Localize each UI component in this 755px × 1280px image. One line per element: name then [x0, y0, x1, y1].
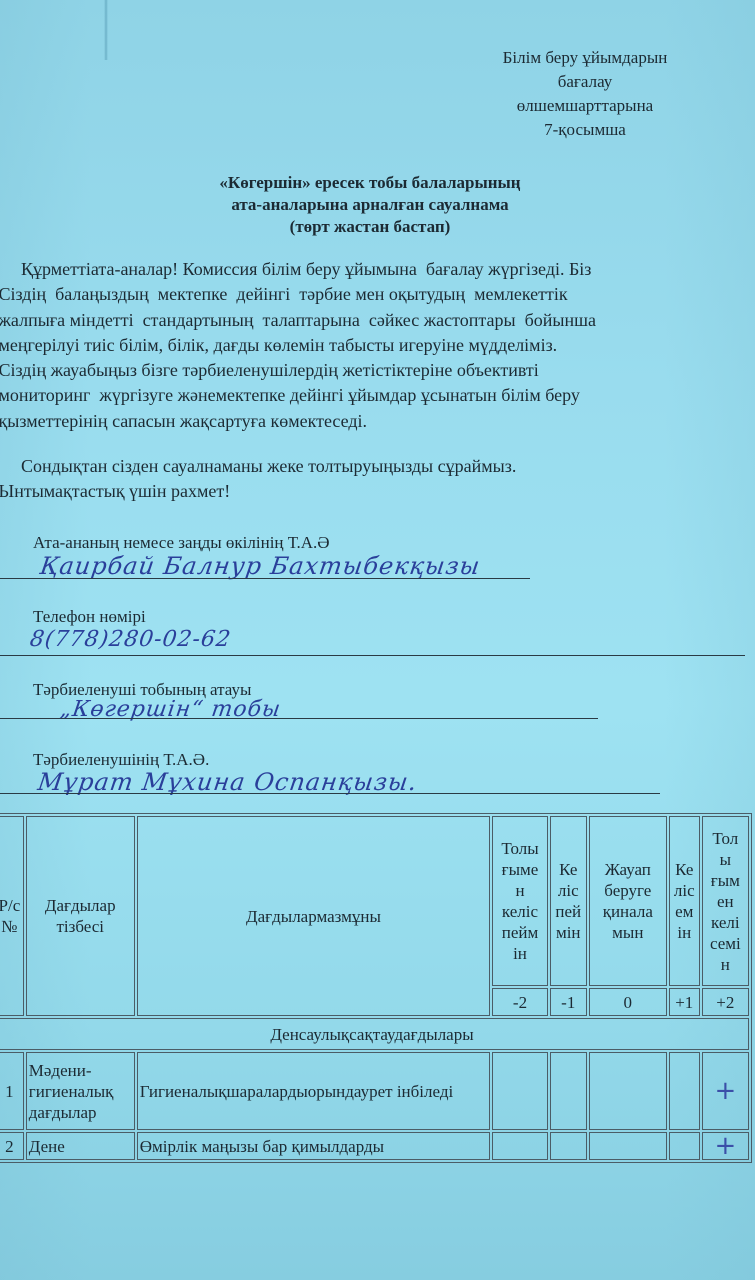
score-plus-1: +1 — [669, 988, 700, 1016]
header-disagree: Ке ліс пей мін — [550, 816, 587, 986]
text-line: мониторинг жүргізуге жәнемектепке дейінг… — [0, 383, 754, 408]
score-0: 0 — [589, 988, 667, 1016]
scale-label-line: н — [515, 881, 524, 900]
answer-cell-minus-2[interactable] — [492, 1052, 548, 1130]
header-agree: Ке ліс ем ін — [669, 816, 700, 986]
scale-label-line: Ке — [559, 860, 577, 879]
annex-reference: Білім беру ұйымдарын бағалау өлшемшартта… — [470, 46, 700, 142]
answer-cell-minus-2[interactable] — [492, 1132, 548, 1160]
scale-label-line: Тол — [712, 829, 738, 848]
title-line: «Көгершін» ересек тобы балаларының — [120, 172, 620, 194]
row-number: 1 — [0, 1052, 24, 1130]
group-name-underline — [0, 718, 598, 719]
answer-cell-0[interactable] — [589, 1132, 667, 1160]
row-number: 2 — [0, 1132, 24, 1160]
answer-cell-plus-2[interactable]: + — [702, 1052, 749, 1130]
scale-label-line: мін — [556, 923, 581, 942]
scale-label-line: ем — [675, 902, 693, 921]
section-row: Денсаулықсақтаудағдылары — [0, 1018, 749, 1050]
annex-line: 7-қосымша — [470, 118, 700, 142]
text-line: Сіздің балаңыздың мектепке дейінгі тәрби… — [0, 282, 754, 307]
score-minus-1: -1 — [550, 988, 587, 1016]
scale-label-line: қинала — [603, 902, 653, 921]
parent-name-underline — [0, 578, 530, 579]
header-skills-content: Дағдылармазмұны — [137, 816, 491, 1016]
scale-label-line: пей — [555, 902, 581, 921]
text-line: меңгерілуі тиіс білім, білік, дағды көле… — [0, 333, 754, 358]
assessment-table: Р/с № Дағдылар тізбесі Дағдылармазмұны Т… — [0, 813, 752, 1163]
header-skills-list: Дағдылар тізбесі — [26, 816, 135, 1016]
scale-label-line: келіс — [502, 902, 538, 921]
parent-name-label: Ата-ананың немесе заңды өкілінің Т.А.Ә — [33, 533, 330, 553]
scale-label-line: ғым — [711, 871, 740, 890]
document-title: «Көгершін» ересек тобы балаларының ата-а… — [120, 172, 620, 238]
scale-label-line: Жауап — [605, 860, 651, 879]
text-line: Құрметтіата-аналар! Комиссия білім беру … — [0, 257, 754, 282]
title-line: ата-аналарына арналған сауалнама — [120, 194, 620, 216]
header-number: Р/с № — [0, 816, 24, 1016]
parent-name-field[interactable]: Қаирбай Балнур Бахтыбекқызы — [38, 552, 482, 580]
annex-line: өлшемшарттарына — [470, 94, 700, 118]
score-plus-2: +2 — [702, 988, 749, 1016]
header-strongly-agree: Тол ы ғым ен келі семі н — [702, 816, 749, 986]
phone-label: Телефон нөмірі — [33, 607, 146, 627]
row-content: Өмірлік маңызы бар қимылдарды — [137, 1132, 491, 1160]
scale-label-line: н — [721, 955, 730, 974]
phone-underline — [0, 655, 745, 656]
scale-label-line: мын — [612, 923, 643, 942]
scale-label-line: келі — [711, 913, 740, 932]
table-row: 1 Мәдени-гигиеналық дағдылар Гигиеналықш… — [0, 1052, 749, 1130]
paper-fold — [104, 0, 108, 60]
answer-cell-minus-1[interactable] — [550, 1052, 587, 1130]
section-title: Денсаулықсақтаудағдылары — [0, 1018, 749, 1050]
row-skill: Дене — [26, 1132, 135, 1160]
child-name-field[interactable]: Мұрат Мұхина Оспанқызы. — [36, 768, 419, 796]
scale-label-line: ін — [677, 923, 691, 942]
answer-cell-plus-1[interactable] — [669, 1132, 700, 1160]
child-name-label: Тәрбиеленушінің Т.А.Ә. — [33, 750, 209, 770]
scale-label-line: ін — [513, 944, 527, 963]
title-line: (төрт жастан бастап) — [120, 216, 620, 238]
thanks-paragraph: Сондықтан сізден сауалнаманы жеке толтыр… — [0, 454, 754, 505]
answer-cell-minus-1[interactable] — [550, 1132, 587, 1160]
annex-line: бағалау — [470, 70, 700, 94]
table-header-row: Р/с № Дағдылар тізбесі Дағдылармазмұны Т… — [0, 816, 749, 986]
scale-label-line: Ке — [675, 860, 693, 879]
text-line: Сіздің жауабыңыз бізге тәрбиеленушілерді… — [0, 358, 754, 383]
scale-label-line: беруге — [604, 881, 651, 900]
text-line: қызметтерінің сапасын жақсартуға көмекте… — [0, 409, 754, 434]
scale-label-line: ы — [720, 850, 731, 869]
row-skill: Мәдени-гигиеналық дағдылар — [26, 1052, 135, 1130]
table-row: 2 Дене Өмірлік маңызы бар қимылдарды + — [0, 1132, 749, 1160]
header-hard-to-answer: Жауап беруге қинала мын — [589, 816, 667, 986]
scale-label-line: ғыме — [502, 860, 539, 879]
child-name-underline — [0, 793, 660, 794]
scale-label-line: ліс — [558, 881, 579, 900]
answer-cell-plus-2[interactable]: + — [702, 1132, 749, 1160]
scale-label-line: пейм — [502, 923, 539, 942]
intro-paragraph: Құрметтіата-аналар! Комиссия білім беру … — [0, 257, 754, 434]
answer-cell-plus-1[interactable] — [669, 1052, 700, 1130]
scale-label-line: семі — [710, 934, 741, 953]
text-line: жалпыға міндетті стандартының талаптарын… — [0, 308, 754, 333]
header-strongly-disagree: Толы ғыме н келіс пейм ін — [492, 816, 548, 986]
score-minus-2: -2 — [492, 988, 548, 1016]
text-line: Ынтымақтастық үшін рахмет! — [0, 479, 754, 504]
answer-cell-0[interactable] — [589, 1052, 667, 1130]
scale-label-line: ен — [717, 892, 734, 911]
text-line: Сондықтан сізден сауалнаманы жеке толтыр… — [0, 454, 754, 479]
annex-line: Білім беру ұйымдарын — [470, 46, 700, 70]
phone-field[interactable]: 8(778)280-02-62 — [28, 627, 233, 652]
scale-label-line: Толы — [501, 839, 538, 858]
row-content: Гигиеналықшаралардыорындаурет інбіледі — [137, 1052, 491, 1130]
scale-label-line: ліс — [674, 881, 695, 900]
